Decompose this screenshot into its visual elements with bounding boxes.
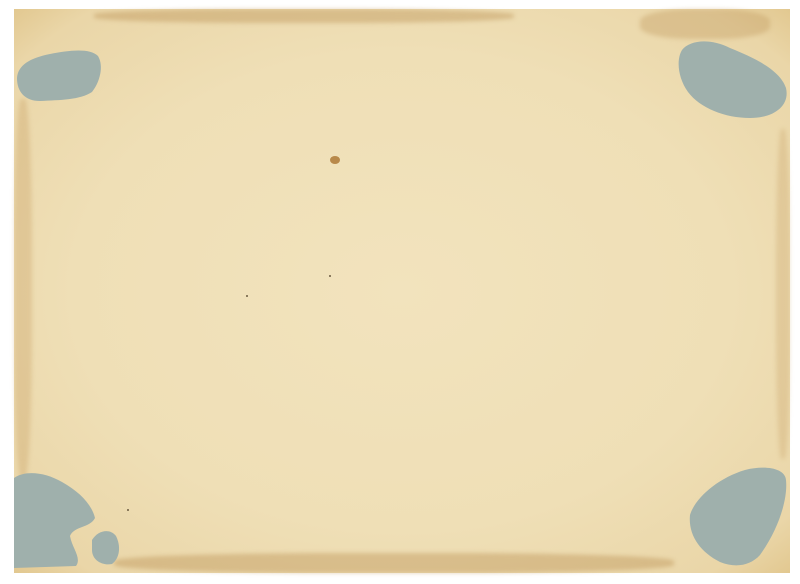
dust-speck <box>329 275 331 277</box>
dust-speck <box>246 295 248 297</box>
stain-spot <box>330 156 340 164</box>
corner-residue-bottom-left <box>14 473 95 568</box>
corner-residue-top-right <box>679 41 787 118</box>
corner-residue-bottom-right <box>690 468 786 566</box>
paper-residue-layer <box>0 0 800 584</box>
corner-residue-top-left <box>17 51 101 102</box>
dust-speck <box>127 509 129 511</box>
corner-residue-bottom-left-fragment <box>92 531 119 564</box>
